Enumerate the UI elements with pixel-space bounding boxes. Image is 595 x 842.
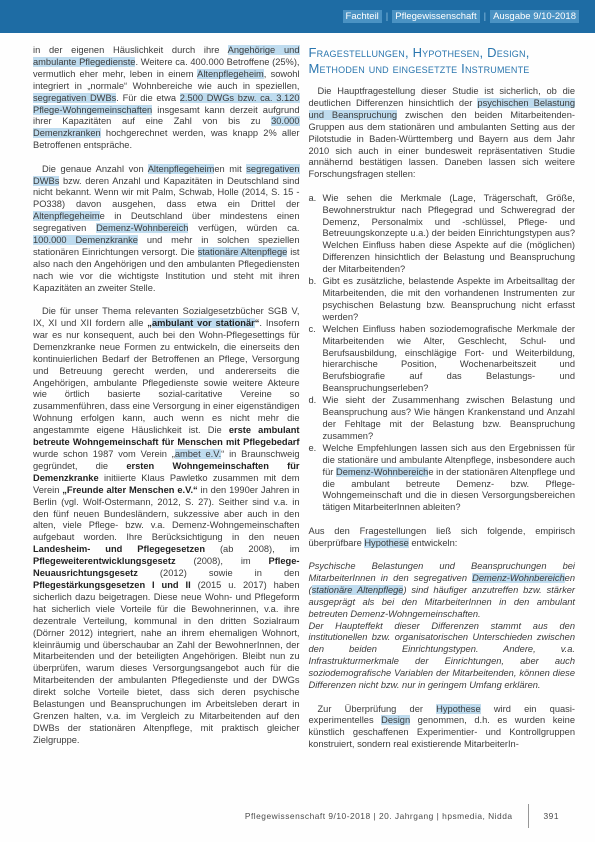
list-item: a. Wie sehen die Merkmale (Lage, Trägers… xyxy=(309,193,576,276)
hypothesis-lead: Aus den Fragestellungen ließ sich folgen… xyxy=(309,526,576,550)
footer-imprint: Pflegewissenschaft 9/10-2018 | 20. Jahrg… xyxy=(245,811,513,821)
header-separator: | xyxy=(386,11,388,22)
section-heading: Fragestellungen, Hypothesen, Design, Met… xyxy=(309,45,576,76)
research-question-list: a. Wie sehen die Merkmale (Lage, Trägers… xyxy=(309,193,576,514)
right-column: Fragestellungen, Hypothesen, Design, Met… xyxy=(309,45,576,780)
journal-page: Fachteil | Pflegewissenschaft | Ausgabe … xyxy=(0,0,595,842)
list-item: c. Welchen Einfluss haben soziodemografi… xyxy=(309,324,576,395)
header-bar: Fachteil | Pflegewissenschaft | Ausgabe … xyxy=(0,0,595,33)
paragraph: Zur Überprüfung der Hypothese wird ein q… xyxy=(309,704,576,752)
list-item-label: e. xyxy=(309,443,323,514)
footer: Pflegewissenschaft 9/10-2018 | 20. Jahrg… xyxy=(0,790,595,842)
page-number: 391 xyxy=(544,811,559,821)
hypothesis-paragraph: Der Haupteffekt dieser Differenzen stamm… xyxy=(309,621,576,692)
list-item-text: Wie sieht der Zusammenhang zwischen Bela… xyxy=(323,395,576,443)
paragraph: in der eigenen Häuslichkeit durch ihre A… xyxy=(33,45,300,152)
paragraph: Die für unser Thema relevanten Sozialges… xyxy=(33,306,300,747)
header-separator: | xyxy=(484,11,486,22)
list-item-text: Wie sehen die Merkmale (Lage, Trägerscha… xyxy=(323,193,576,276)
footer-divider xyxy=(528,804,529,828)
header-segment-journal: Pflegewissenschaft xyxy=(392,10,479,23)
list-item-text: Gibt es zusätzliche, belastende Aspekte … xyxy=(323,276,576,324)
paragraph: Die genaue Anzahl von Altenpflegeheimen … xyxy=(33,164,300,295)
list-item-label: d. xyxy=(309,395,323,443)
list-item: d. Wie sieht der Zusammenhang zwischen B… xyxy=(309,395,576,443)
hypothesis-block: Psychische Belastungen und Beanspruchung… xyxy=(309,561,576,692)
paragraph: Die Hauptfragestellung dieser Studie ist… xyxy=(309,86,576,181)
list-item-text: Welche Empfehlungen lassen sich aus den … xyxy=(323,443,576,514)
list-item-text: Welchen Einfluss haben soziodemografisch… xyxy=(323,324,576,395)
hypothesis-paragraph: Psychische Belastungen und Beanspruchung… xyxy=(309,561,576,621)
list-item-label: a. xyxy=(309,193,323,276)
header-segment-fachteil: Fachteil xyxy=(343,10,382,23)
list-item-label: b. xyxy=(309,276,323,324)
left-column: in der eigenen Häuslichkeit durch ihre A… xyxy=(33,45,300,780)
list-item: e. Welche Empfehlungen lassen sich aus d… xyxy=(309,443,576,514)
list-item-label: c. xyxy=(309,324,323,395)
header-segment-issue: Ausgabe 9/10-2018 xyxy=(490,10,579,23)
list-item: b. Gibt es zusätzliche, belastende Aspek… xyxy=(309,276,576,324)
article-body: in der eigenen Häuslichkeit durch ihre A… xyxy=(33,45,575,780)
